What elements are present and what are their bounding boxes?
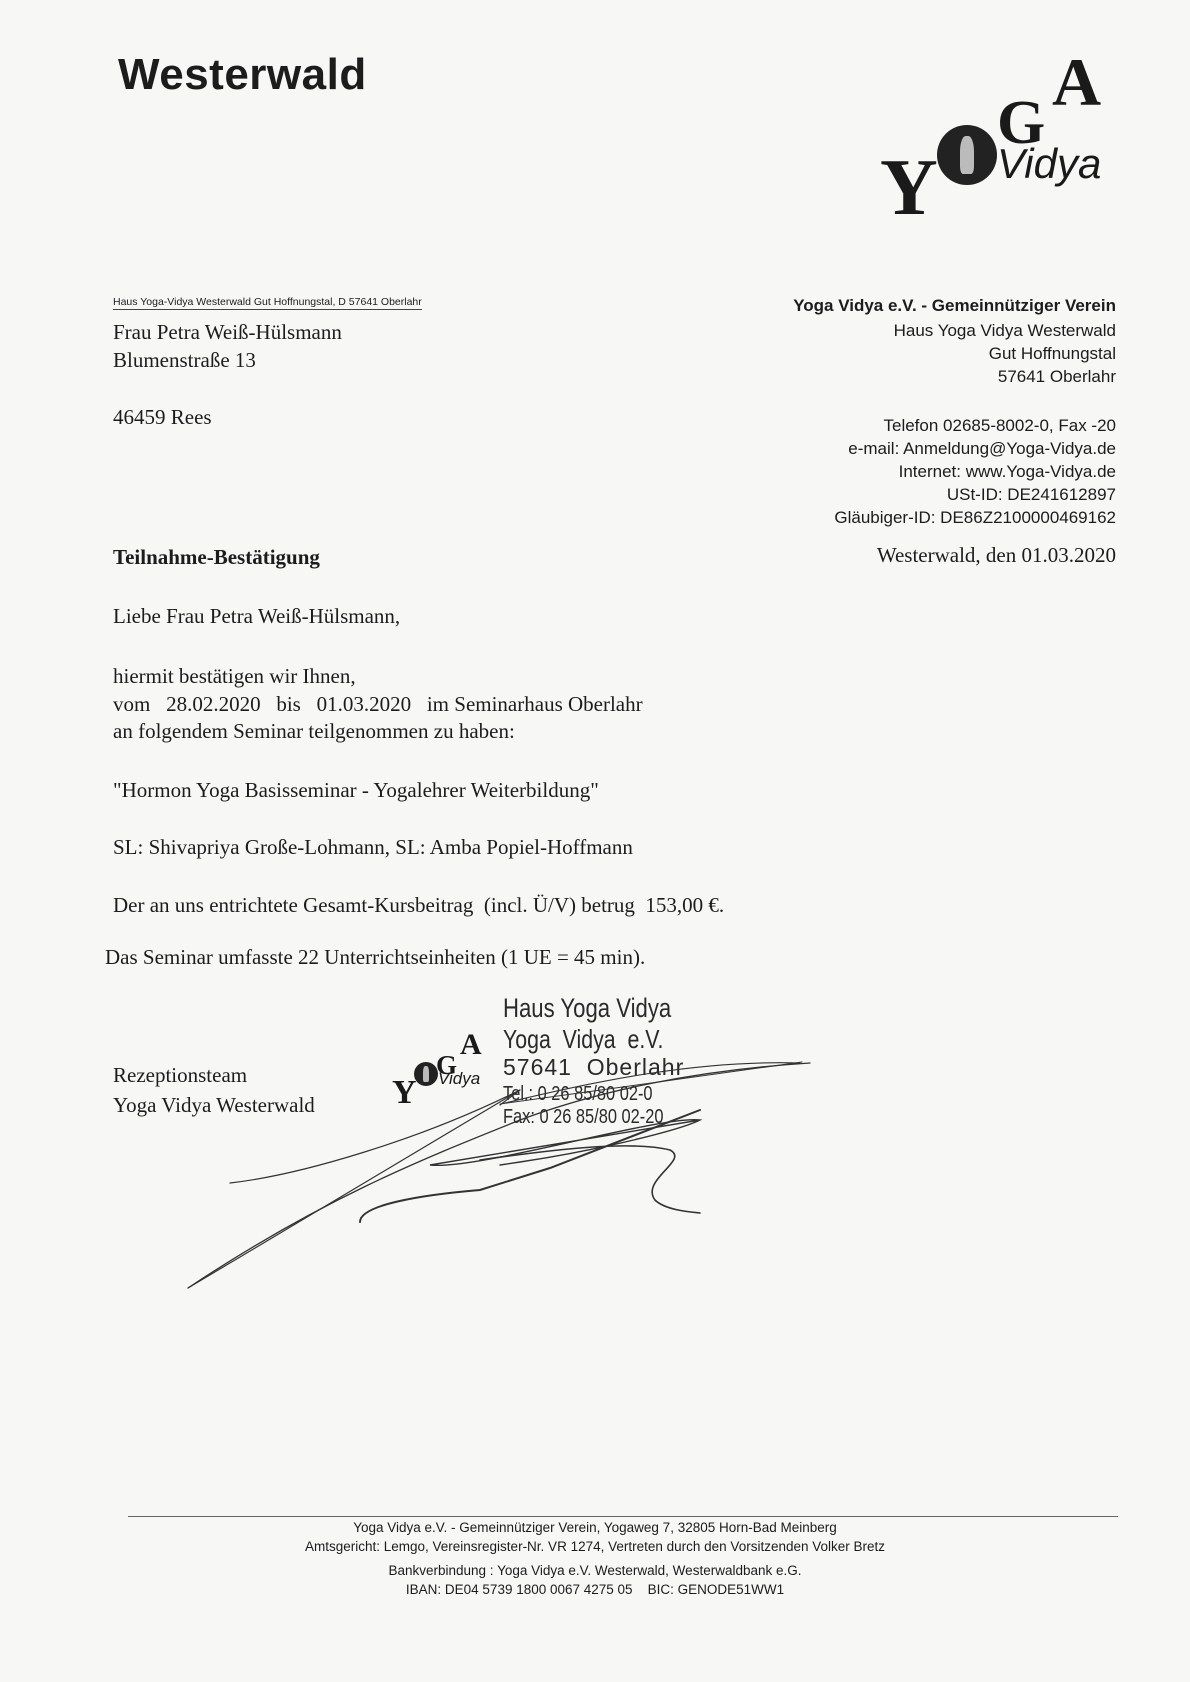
seminar-leaders: SL: Shivapriya Große-Lohmann, SL: Amba P… — [113, 835, 633, 860]
stamp-figure-icon — [414, 1062, 438, 1086]
stamp-line-5: Fax: 0 26 85/80 02-20 — [503, 1106, 663, 1129]
organization-house: Haus Yoga Vidya Westerwald — [894, 321, 1116, 341]
logo-letter-y: Y — [880, 148, 938, 228]
logo-subtitle: Vidya — [997, 140, 1101, 188]
stamp-line-3: 57641 Oberlahr — [503, 1054, 684, 1081]
organization-phone: Telefon 02685-8002-0, Fax -20 — [884, 416, 1117, 436]
letterhead-title: Westerwald — [118, 50, 367, 100]
stamp-line-1: Haus Yoga Vidya — [503, 993, 671, 1024]
footer-divider — [128, 1516, 1118, 1517]
stamp-line-2: Yoga Vidya e.V. — [503, 1024, 663, 1055]
closing-team: Rezeptionsteam — [113, 1063, 247, 1088]
recipient-street: Blumenstraße 13 — [113, 348, 256, 373]
body-line-3: an folgendem Seminar teilgenommen zu hab… — [113, 719, 515, 744]
footer-line-3: Bankverbindung : Yoga Vidya e.V. Westerw… — [0, 1563, 1190, 1578]
organization-internet: Internet: www.Yoga-Vidya.de — [899, 462, 1116, 482]
course-fee: Der an uns entrichtete Gesamt-Kursbeitra… — [113, 893, 724, 918]
recipient-name: Frau Petra Weiß-Hülsmann — [113, 320, 342, 345]
salutation: Liebe Frau Petra Weiß-Hülsmann, — [113, 604, 400, 629]
organization-creditor-id: Gläubiger-ID: DE86Z2100000469162 — [834, 508, 1116, 528]
stamp-logo-a: A — [460, 1028, 482, 1062]
footer-line-4: IBAN: DE04 5739 1800 0067 4275 05 BIC: G… — [0, 1582, 1190, 1597]
organization-address1: Gut Hoffnungstal — [989, 344, 1116, 364]
letter-subject: Teilnahme-Bestätigung — [113, 545, 320, 570]
organization-address2: 57641 Oberlahr — [998, 367, 1116, 387]
stamp-logo-subtitle: Vidya — [438, 1069, 480, 1089]
seminar-title: "Hormon Yoga Basisseminar - Yogalehrer W… — [113, 778, 599, 803]
footer-line-1: Yoga Vidya e.V. - Gemeinnütziger Verein,… — [0, 1520, 1190, 1535]
organization-name: Yoga Vidya e.V. - Gemeinnütziger Verein — [793, 296, 1116, 316]
sender-return-address: Haus Yoga-Vidya Westerwald Gut Hoffnungs… — [113, 296, 422, 310]
recipient-city: 46459 Rees — [113, 405, 212, 430]
body-line-dates: vom 28.02.2020 bis 01.03.2020 im Seminar… — [113, 692, 643, 717]
dancing-figure-icon — [937, 125, 997, 185]
organization-email: e-mail: Anmeldung@Yoga-Vidya.de — [848, 439, 1116, 459]
yoga-vidya-logo: Y G A Vidya — [880, 40, 1100, 230]
footer-line-2: Amtsgericht: Lemgo, Vereinsregister-Nr. … — [0, 1539, 1190, 1554]
stamp-line-4: Tel.: 0 26 85/80 02-0 — [503, 1083, 653, 1106]
stamp-logo-y: Y — [392, 1074, 417, 1112]
body-line-1: hiermit bestätigen wir Ihnen, — [113, 664, 356, 689]
closing-org: Yoga Vidya Westerwald — [113, 1093, 315, 1118]
organization-ust-id: USt-ID: DE241612897 — [947, 485, 1116, 505]
teaching-units: Das Seminar umfasste 22 Unterrichtseinhe… — [105, 945, 645, 970]
stamp-logo: Y G A Vidya — [392, 1028, 502, 1108]
letter-date: Westerwald, den 01.03.2020 — [877, 543, 1116, 568]
logo-letter-a: A — [1052, 48, 1101, 116]
